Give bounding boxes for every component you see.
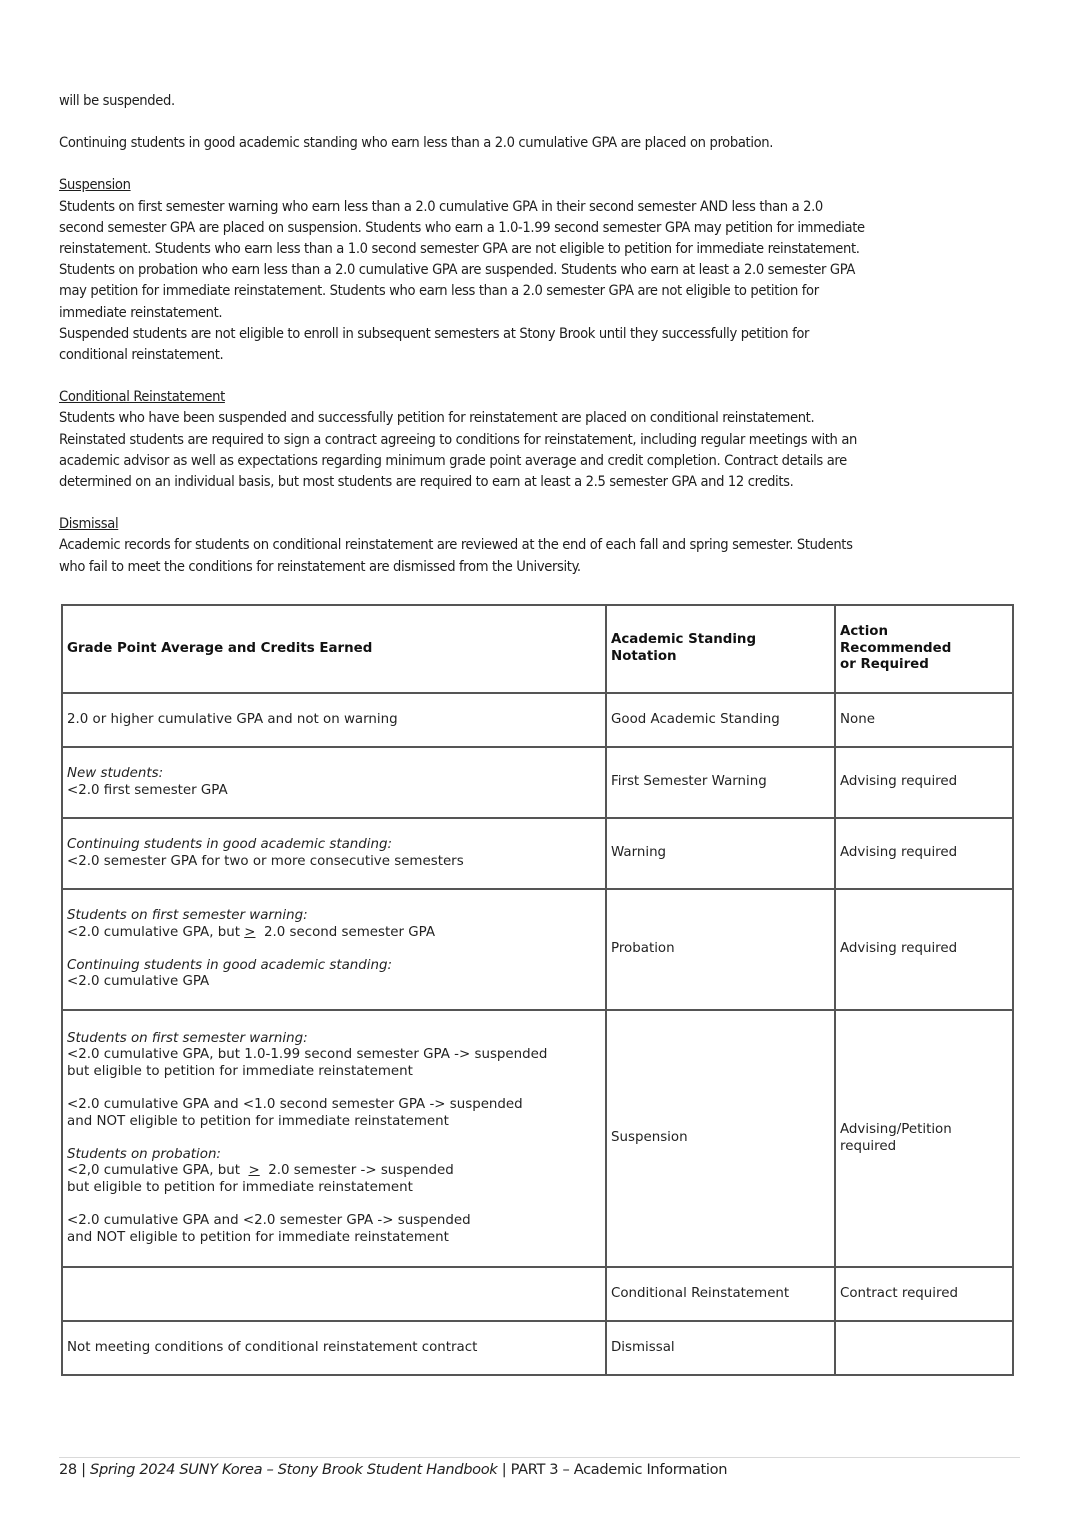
notation-cell: Good Academic Standing bbox=[606, 693, 835, 747]
paragraph-probation-rule: Continuing students in good academic sta… bbox=[59, 132, 1019, 153]
publication-title: Spring 2024 SUNY Korea – Stony Brook Stu… bbox=[90, 1461, 497, 1478]
suspension-line: may petition for immediate reinstatement… bbox=[59, 280, 1019, 301]
page-number: 28 bbox=[59, 1461, 77, 1478]
action-cell: Advising required bbox=[835, 889, 1013, 1010]
paragraph-intro-tail: will be suspended. bbox=[59, 90, 1019, 111]
action-cell: Contract required bbox=[835, 1267, 1013, 1321]
section-heading-dismissal: Dismissal bbox=[59, 513, 1019, 534]
criteria-cell: New students: <2.0 first semester GPA bbox=[62, 747, 606, 818]
notation-cell: Dismissal bbox=[606, 1321, 835, 1375]
suspension-line: immediate reinstatement. bbox=[59, 302, 1019, 323]
section-heading-suspension: Suspension bbox=[59, 174, 1019, 195]
table-row: Students on first semester warning: <2.0… bbox=[62, 889, 1013, 1010]
conditional-reinstatement-line: Reinstated students are required to sign… bbox=[59, 429, 1019, 450]
notation-cell: Probation bbox=[606, 889, 835, 1010]
table-row: Students on first semester warning: <2.0… bbox=[62, 1010, 1013, 1267]
table-row: 2.0 or higher cumulative GPA and not on … bbox=[62, 693, 1013, 747]
header-action: Action Recommended or Required bbox=[835, 605, 1013, 693]
greater-equal-symbol: > bbox=[244, 925, 255, 940]
criteria-cell bbox=[62, 1267, 606, 1321]
dismissal-line: who fail to meet the conditions for rein… bbox=[59, 556, 1019, 577]
suspension-line: reinstatement. Students who earn less th… bbox=[59, 238, 1019, 259]
table-header-row: Grade Point Average and Credits Earned A… bbox=[62, 605, 1013, 693]
document-body: will be suspended. Continuing students i… bbox=[59, 90, 1019, 577]
conditional-reinstatement-line: determined on an individual basis, but m… bbox=[59, 471, 1019, 492]
table-row: Not meeting conditions of conditional re… bbox=[62, 1321, 1013, 1375]
notation-cell: Warning bbox=[606, 818, 835, 889]
criteria-cell: Continuing students in good academic sta… bbox=[62, 818, 606, 889]
greater-equal-symbol: > bbox=[249, 1163, 260, 1178]
action-cell: Advising/Petition required bbox=[835, 1010, 1013, 1267]
suspension-line: conditional reinstatement. bbox=[59, 344, 1019, 365]
footer-separator: | bbox=[502, 1461, 507, 1478]
criteria-cell: Not meeting conditions of conditional re… bbox=[62, 1321, 606, 1375]
footer-divider bbox=[59, 1457, 1020, 1458]
conditional-reinstatement-line: Students who have been suspended and suc… bbox=[59, 407, 1019, 428]
notation-cell: Suspension bbox=[606, 1010, 835, 1267]
suspension-line: Suspended students are not eligible to e… bbox=[59, 323, 1019, 344]
section-heading-conditional-reinstatement: Conditional Reinstatement bbox=[59, 386, 1019, 407]
suspension-line: Students on probation who earn less than… bbox=[59, 259, 1019, 280]
dismissal-line: Academic records for students on conditi… bbox=[59, 534, 1019, 555]
notation-cell: First Semester Warning bbox=[606, 747, 835, 818]
part-title: PART 3 – Academic Information bbox=[511, 1461, 728, 1478]
table-row: Continuing students in good academic sta… bbox=[62, 818, 1013, 889]
criteria-cell: Students on first semester warning: <2.0… bbox=[62, 889, 606, 1010]
suspension-line: Students on first semester warning who e… bbox=[59, 196, 1019, 217]
action-cell: Advising required bbox=[835, 747, 1013, 818]
criteria-cell: 2.0 or higher cumulative GPA and not on … bbox=[62, 693, 606, 747]
page-footer: 28 | Spring 2024 SUNY Korea – Stony Broo… bbox=[59, 1461, 727, 1478]
suspension-line: second semester GPA are placed on suspen… bbox=[59, 217, 1019, 238]
academic-standing-table: Grade Point Average and Credits Earned A… bbox=[61, 604, 1014, 1376]
header-gpa-credits: Grade Point Average and Credits Earned bbox=[62, 605, 606, 693]
action-cell bbox=[835, 1321, 1013, 1375]
notation-cell: Conditional Reinstatement bbox=[606, 1267, 835, 1321]
action-cell: None bbox=[835, 693, 1013, 747]
table-row: Conditional Reinstatement Contract requi… bbox=[62, 1267, 1013, 1321]
header-standing-notation: Academic Standing Notation bbox=[606, 605, 835, 693]
footer-separator: | bbox=[81, 1461, 86, 1478]
criteria-cell: Students on first semester warning: <2.0… bbox=[62, 1010, 606, 1267]
table-row: New students: <2.0 first semester GPA Fi… bbox=[62, 747, 1013, 818]
conditional-reinstatement-line: academic advisor as well as expectations… bbox=[59, 450, 1019, 471]
action-cell: Advising required bbox=[835, 818, 1013, 889]
